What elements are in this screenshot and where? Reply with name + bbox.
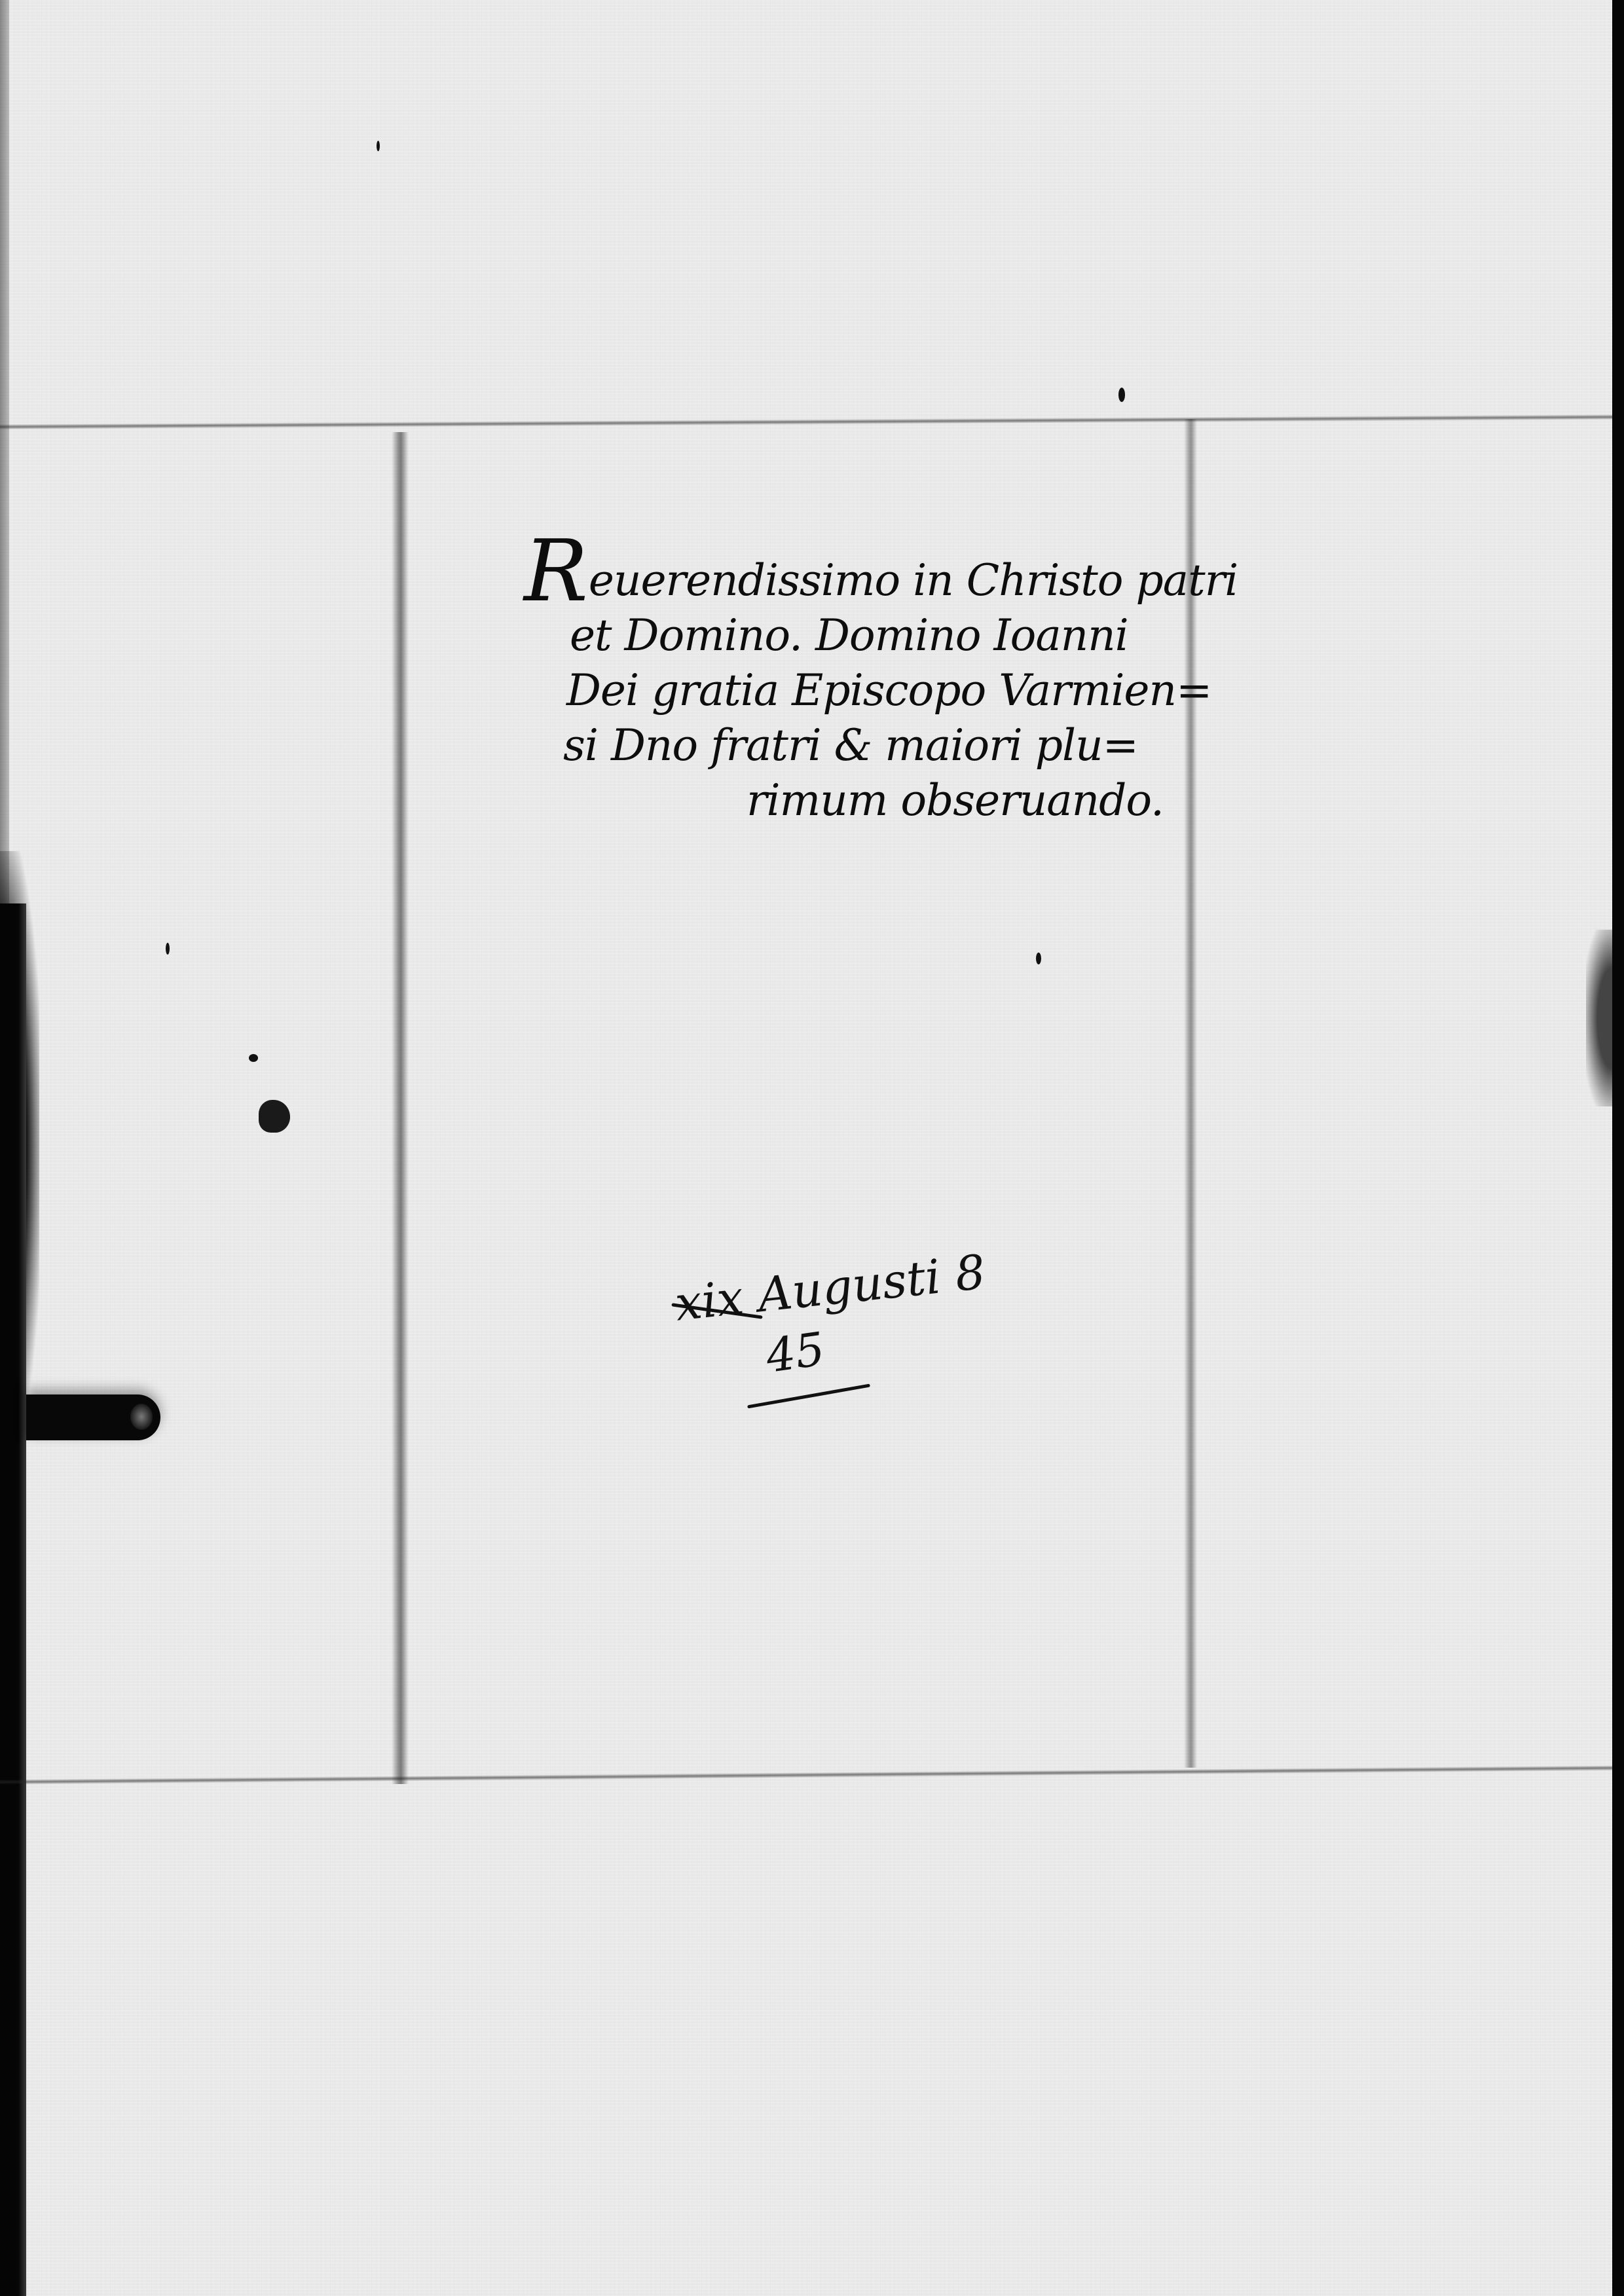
ink-speck — [249, 1054, 258, 1062]
address-line: et Domino. Domino Ioanni — [524, 608, 1192, 663]
manuscript-page: Reuerendissimo in Christo patri et Domin… — [0, 0, 1624, 2296]
docket-note: xix Augusti 8 45 — [655, 1260, 1126, 1417]
address-line: rimum obseruando. — [524, 773, 1192, 828]
horizontal-fold-bottom — [0, 1766, 1612, 1785]
ink-blot — [259, 1100, 290, 1133]
initial-capital: R — [524, 521, 587, 621]
binding-clasp — [26, 1394, 160, 1440]
docket-date: xix Augusti 8 — [673, 1244, 988, 1331]
pen-stroke — [747, 1384, 870, 1409]
ink-speck — [166, 943, 170, 955]
left-edge-shadow — [0, 0, 9, 903]
address-block: Reuerendissimo in Christo patri et Domin… — [524, 543, 1192, 828]
address-line: Dei gratia Episcopo Varmien= — [524, 663, 1192, 718]
horizontal-fold-top — [0, 414, 1612, 429]
right-page-edge — [1612, 0, 1624, 2296]
ink-speck — [1036, 953, 1041, 964]
address-line: Reuerendissimo in Christo patri — [524, 543, 1192, 608]
address-line: si Dno fratri & maiori plu= — [524, 718, 1192, 773]
ink-speck — [377, 141, 380, 151]
ink-speck — [1118, 388, 1125, 402]
binding-edge — [0, 903, 26, 2296]
docket-year: 45 — [763, 1322, 828, 1383]
right-edge-shadow — [1586, 930, 1612, 1106]
vertical-fold-left — [392, 432, 409, 1784]
